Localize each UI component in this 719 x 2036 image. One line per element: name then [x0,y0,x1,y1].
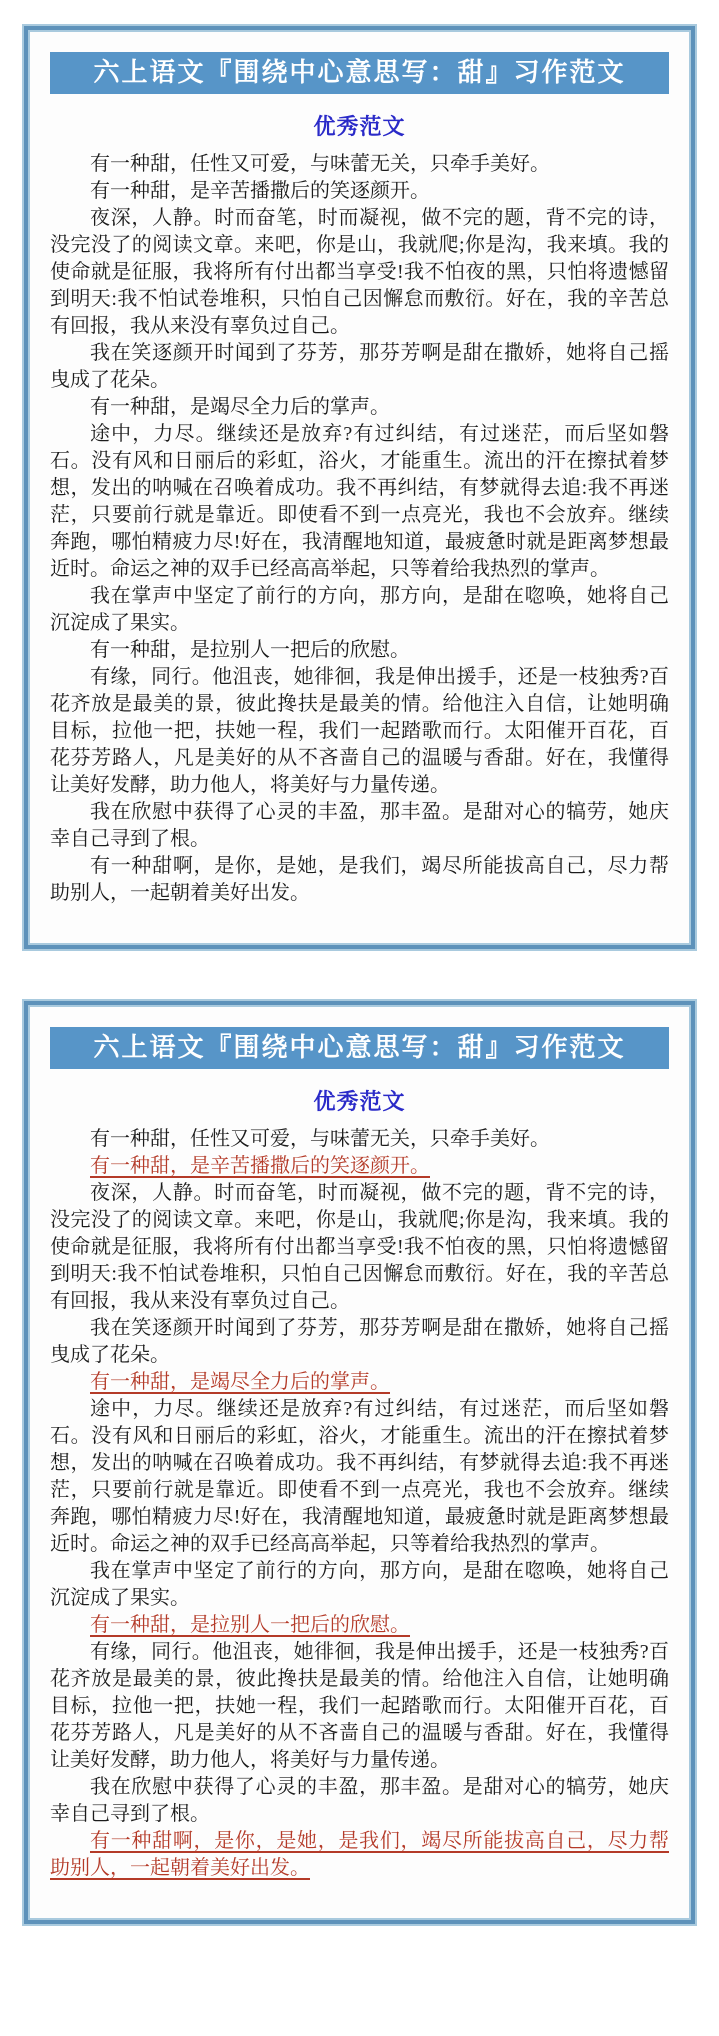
card-title: 六上语文『围绕中心意思写：甜』习作范文 [93,1034,625,1063]
essay-paragraph: 我在欣慰中获得了心灵的丰盈，那丰盈。是甜对心的犒劳，她庆幸自己寻到了根。 [50,1774,669,1828]
essay-paragraph: 我在笑逐颜开时闻到了芬芳，那芬芳啊是甜在撒娇，她将自己摇曳成了花朵。 [50,1315,669,1369]
essay-paragraph: 夜深，人静。时而奋笔，时而凝视，做不完的题，背不完的诗，没完没了的阅读文章。来吧… [50,205,669,340]
essay-paragraph: 我在笑逐颜开时闻到了芬芳，那芬芳啊是甜在撒娇，她将自己摇曳成了花朵。 [50,340,669,394]
essay-paragraph: 有缘，同行。他沮丧，她徘徊，我是伸出援手，还是一枝独秀?百花齐放是最美的景，彼此… [50,1639,669,1774]
essay-paragraph: 我在掌声中坚定了前行的方向，那方向，是甜在唿唤，她将自己沉淀成了果实。 [50,1558,669,1612]
essay-paragraph: 途中，力尽。继续还是放弃?有过纠结，有过迷茫，而后坚如磐石。没有风和日丽后的彩虹… [50,421,669,583]
essay-paragraph: 我在掌声中坚定了前行的方向，那方向，是甜在唿唤，她将自己沉淀成了果实。 [50,583,669,637]
card-content: 六上语文『围绕中心意思写：甜』习作范文 优秀范文 有一种甜，任性又可爱，与味蕾无… [28,30,691,945]
essay-paragraph-highlighted: 有一种甜啊，是你，是她，是我们，竭尽所能拔高自己，尽力帮助别人，一起朝着美好出发… [50,1828,669,1882]
card-frame: 六上语文『围绕中心意思写：甜』习作范文 优秀范文 有一种甜，任性又可爱，与味蕾无… [24,1001,695,1924]
essay-paragraph: 有一种甜，任性又可爱，与味蕾无关，只牵手美好。 [50,151,669,178]
essay-paragraph: 有一种甜，是竭尽全力后的掌声。 [50,394,669,421]
essay-paragraph: 有一种甜啊，是你，是她，是我们，竭尽所能拔高自己，尽力帮助别人，一起朝着美好出发… [50,853,669,907]
essay-paragraph-highlighted: 有一种甜，是拉别人一把后的欣慰。 [50,1612,669,1639]
essay-paragraph: 有一种甜，任性又可爱，与味蕾无关，只牵手美好。 [50,1126,669,1153]
essay-paragraph: 途中，力尽。继续还是放弃?有过纠结，有过迷茫，而后坚如磐石。没有风和日丽后的彩虹… [50,1396,669,1558]
header-bar: 六上语文『围绕中心意思写：甜』习作范文 [50,1027,669,1069]
essay-paragraph: 我在欣慰中获得了心灵的丰盈，那丰盈。是甜对心的犒劳，她庆幸自己寻到了根。 [50,799,669,853]
subtitle: 优秀范文 [48,110,671,141]
essay-body: 有一种甜，任性又可爱，与味蕾无关，只牵手美好。有一种甜，是辛苦播撒后的笑逐颜开。… [48,1126,671,1882]
essay-paragraph-highlighted: 有一种甜，是辛苦播撒后的笑逐颜开。 [50,1153,669,1180]
essay-paragraph: 有一种甜，是辛苦播撒后的笑逐颜开。 [50,178,669,205]
card-content: 六上语文『围绕中心意思写：甜』习作范文 优秀范文 有一种甜，任性又可爱，与味蕾无… [28,1005,691,1920]
essay-paragraph: 有缘，同行。他沮丧，她徘徊，我是伸出援手，还是一枝独秀?百花齐放是最美的景，彼此… [50,664,669,799]
essay-card-top: 六上语文『围绕中心意思写：甜』习作范文 优秀范文 有一种甜，任性又可爱，与味蕾无… [22,24,697,951]
header-bar: 六上语文『围绕中心意思写：甜』习作范文 [50,52,669,94]
essay-paragraph: 有一种甜，是拉别人一把后的欣慰。 [50,637,669,664]
essay-body: 有一种甜，任性又可爱，与味蕾无关，只牵手美好。有一种甜，是辛苦播撒后的笑逐颜开。… [48,151,671,907]
page: 六上语文『围绕中心意思写：甜』习作范文 优秀范文 有一种甜，任性又可爱，与味蕾无… [0,24,719,1926]
card-frame: 六上语文『围绕中心意思写：甜』习作范文 优秀范文 有一种甜，任性又可爱，与味蕾无… [24,26,695,949]
essay-paragraph-highlighted: 有一种甜，是竭尽全力后的掌声。 [50,1369,669,1396]
essay-paragraph: 夜深，人静。时而奋笔，时而凝视，做不完的题，背不完的诗，没完没了的阅读文章。来吧… [50,1180,669,1315]
subtitle: 优秀范文 [48,1085,671,1116]
essay-card-bottom: 六上语文『围绕中心意思写：甜』习作范文 优秀范文 有一种甜，任性又可爱，与味蕾无… [22,999,697,1926]
card-title: 六上语文『围绕中心意思写：甜』习作范文 [93,59,625,88]
